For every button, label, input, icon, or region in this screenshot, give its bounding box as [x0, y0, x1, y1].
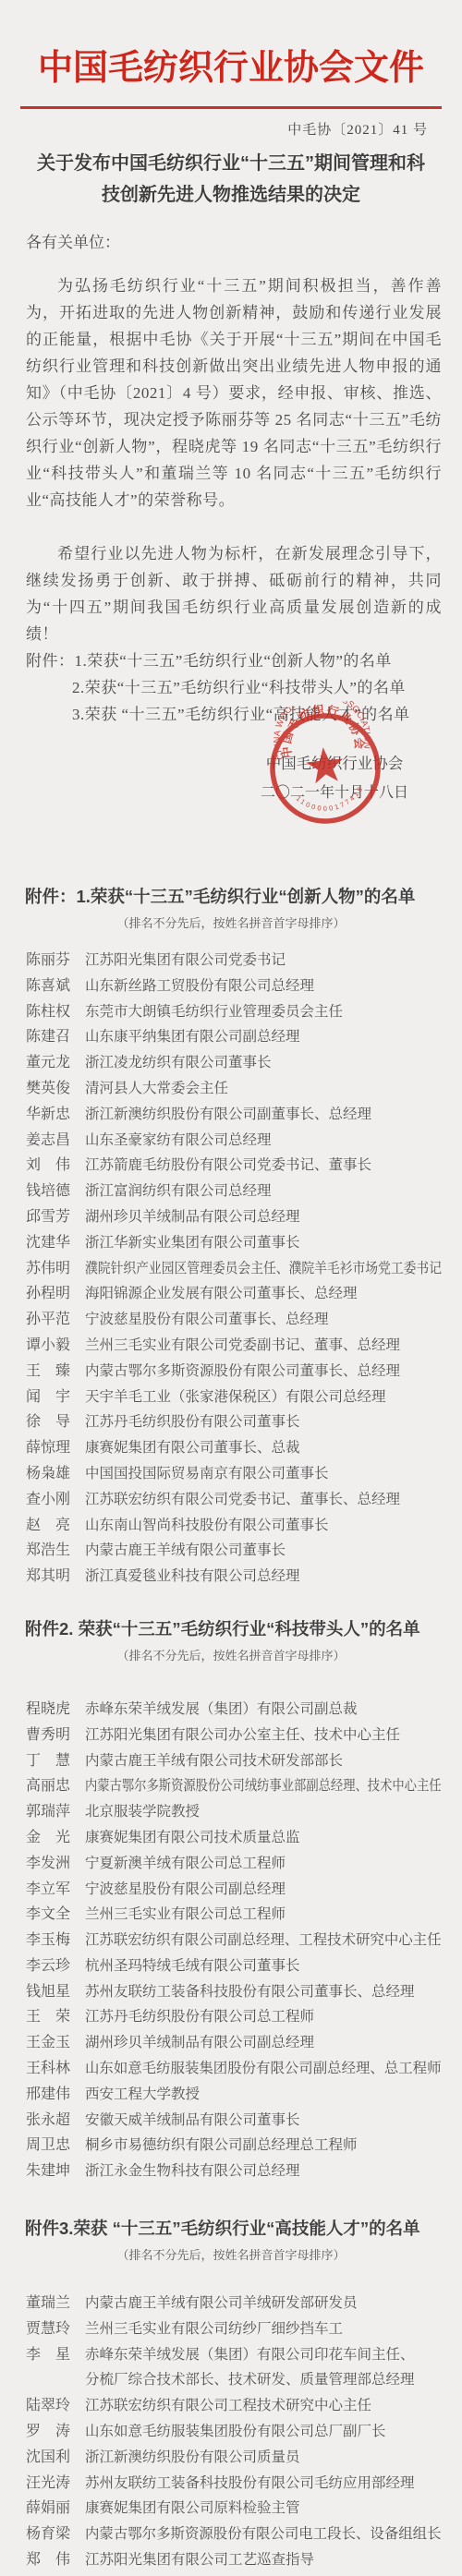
list-item: 陈柱权 东莞市大朗镇毛纺织行业管理委员会主任 [0, 999, 462, 1025]
person-affiliation-block: 内蒙古鄂尔多斯资源股份有限公司董事长、总经理 [85, 1359, 442, 1385]
person-name: 薛惊理 [26, 1435, 70, 1461]
person-name: 郑浩生 [26, 1538, 70, 1564]
list-item: 丁 慧 内蒙古鹿王羊绒有限公司技术研发部部长 [0, 1748, 462, 1774]
person-affiliation-block: 苏州友联纺工装备科技股份有限公司毛纺应用部经理 [85, 2471, 442, 2497]
person-affiliation: 山东新丝路工贸股份有限公司总经理 [85, 974, 442, 999]
person-affiliation-block: 康赛妮集团有限公司技术质量总监 [85, 1825, 442, 1851]
seal-star-icon [305, 745, 346, 784]
person-affiliation: 江苏丹毛纺织股份有限公司董事长 [85, 1409, 442, 1435]
person-affiliation-block: 江苏丹毛纺织股份有限公司总工程师 [85, 2004, 442, 2030]
attachment3-note: （排名不分先后，按姓名拼音首字母排序） [0, 2244, 462, 2267]
attachment1-heading: 附件：1.荣获“十三五”毛纺织行业“创新人物”的名单 [25, 885, 444, 909]
person-affiliation: 山东圣豪家纺有限公司总经理 [85, 1128, 442, 1154]
person-name: 金 光 [26, 1825, 70, 1851]
person-name: 沈建华 [26, 1230, 70, 1256]
list-item: 查小刚 江苏联宏纺织有限公司党委书记、董事长、总经理 [0, 1487, 462, 1513]
list-item: 李玉梅 江苏联宏纺织有限公司副总经理、工程技术研究中心主任 [0, 1928, 462, 1953]
person-affiliation: 苏州友联纺工装备科技股份有限公司毛纺应用部经理 [85, 2471, 442, 2497]
list-item: 陈建召 山东康平纳集团有限公司副总经理 [0, 1024, 462, 1050]
person-affiliation: 江苏阳光集团有限公司工艺巡查指导 [85, 2547, 442, 2573]
person-affiliation-block: 北京服装学院教授 [85, 1799, 442, 1825]
person-affiliation-block: 浙江真爱毯业科技有限公司总经理 [85, 1564, 442, 1590]
person-affiliation: 东莞市大朗镇毛纺织行业管理委员会主任 [85, 999, 442, 1025]
person-affiliation-block: 浙江新澳纺织股份有限公司质量员 [85, 2445, 442, 2471]
person-affiliation: 湖州珍贝羊绒制品有限公司副总经理 [85, 2030, 442, 2056]
list-item: 陈丽芬 江苏阳光集团有限公司党委书记 [0, 948, 462, 974]
list-item: 钱旭星 苏州友联纺工装备科技股份有限公司董事长、总经理 [0, 1979, 462, 2005]
person-name: 陈丽芬 [26, 948, 70, 974]
list-item: 朱建坤 浙江永金生物科技有限公司总经理 [0, 2159, 462, 2184]
person-affiliation-block: 山东如意毛纺服装集团股份有限公司副总经理、总工程师 [85, 2056, 442, 2082]
person-name: 薛娟丽 [26, 2496, 70, 2522]
person-affiliation-block: 浙江永金生物科技有限公司总经理 [85, 2159, 442, 2184]
person-name: 郭瑞萍 [26, 1799, 70, 1825]
person-affiliation: 苏州友联纺工装备科技股份有限公司董事长、总经理 [85, 1979, 442, 2005]
signature-area: 中国毛纺织行业协会 二〇二一年十月十八日 CHINA WOOL TEXTILE … [0, 728, 462, 885]
person-affiliation-block: 江苏阳光集团有限公司工艺巡查指导 [85, 2547, 442, 2573]
list-item: 李立军 宁波慈星股份有限公司副总经理 [0, 1877, 462, 1903]
document-title-line2: 技创新先进人物推选结果的决定 [0, 179, 462, 211]
list-item: 金 光 康赛妮集团有限公司技术质量总监 [0, 1825, 462, 1851]
attachments-intro: 附件：1.荣获“十三五”毛纺织行业“创新人物”的名单 2.荣获“十三五”毛纺织行… [0, 647, 462, 728]
person-name: 陈柱权 [26, 999, 70, 1025]
person-affiliation: 中国国投国际贸易南京有限公司董事长 [85, 1461, 442, 1487]
person-affiliation: 赤峰东荣羊绒发展（集团）有限公司副总裁 [85, 1697, 442, 1723]
list-item: 陆翠玲 江苏联宏纺织有限公司工程技术研究中心主任 [0, 2393, 462, 2419]
person-affiliation: 内蒙古鹿王羊绒有限公司羊绒研发部研发员 [85, 2291, 442, 2316]
list-item: 董元龙 浙江凌龙纺织有限公司董事长 [0, 1050, 462, 1076]
person-affiliation: 内蒙古鹿王羊绒有限公司董事长 [85, 1538, 442, 1564]
person-affiliation-block: 山东康平纳集团有限公司副总经理 [85, 1024, 442, 1050]
list-item: 高丽忠 内蒙古鄂尔多斯资源股份公司绒纺事业部副总经理、技术中心主任 [0, 1773, 462, 1799]
person-affiliation-block: 江苏丹毛纺织股份有限公司董事长 [85, 1409, 442, 1435]
person-affiliation: 江苏箭鹿毛纺股份有限公司党委书记、董事长 [85, 1153, 442, 1179]
person-affiliation: 康赛妮集团有限公司董事长、总裁 [85, 1435, 442, 1461]
list-item: 曹秀明 江苏阳光集团有限公司办公室主任、技术中心主任 [0, 1723, 462, 1748]
list-item: 郑其明 浙江真爱毯业科技有限公司总经理 [0, 1564, 462, 1590]
person-affiliation: 山东如意毛纺服装集团股份有限公司总厂副厂长 [85, 2419, 442, 2445]
person-name: 徐 导 [26, 1409, 70, 1435]
list-item: 贾慧玲 兰州三毛实业有限公司纺纱厂细纱挡车工 [0, 2316, 462, 2342]
person-affiliation: 兰州三毛实业有限公司总工程师 [85, 1902, 442, 1928]
person-name: 贾慧玲 [26, 2316, 70, 2342]
body-paragraph-2: 希望行业以先进人物为标杆，在新发展理念引导下，继续发扬勇于创新、敢于拼搏、砥砺前… [0, 540, 462, 647]
person-name: 李云珍 [26, 1953, 70, 1979]
person-affiliation-block: 浙江华新实业集团有限公司董事长 [85, 1230, 442, 1256]
list-item: 苏伟明 濮院针织产业园区管理委员会主任、濮院羊毛衫市场党工委书记 [0, 1256, 462, 1282]
person-affiliation-block: 海阳锦源企业发展有限公司董事长、总经理 [85, 1281, 442, 1307]
person-name: 谭小毅 [26, 1333, 70, 1359]
person-name: 姜志昌 [26, 1128, 70, 1154]
person-name: 张永超 [26, 2108, 70, 2134]
person-affiliation-block: 东莞市大朗镇毛纺织行业管理委员会主任 [85, 999, 442, 1025]
person-affiliation: 赤峰东荣羊绒发展（集团）有限公司印花车间主任、 [85, 2342, 442, 2368]
person-affiliation: 浙江富润纺织有限公司总经理 [85, 1179, 442, 1204]
person-affiliation: 天宇羊毛工业（张家港保税区）有限公司总经理 [85, 1385, 442, 1410]
document-title: 关于发布中国毛纺织行业“十三五”期间管理和科 技创新先进人物推选结果的决定 [0, 148, 462, 211]
person-affiliation-block: 兰州三毛实业有限公司纺纱厂细纱挡车工 [85, 2316, 442, 2342]
person-affiliation-block: 宁夏新澳羊绒有限公司总工程师 [85, 1851, 442, 1877]
attachments-intro-line: 附件：1.荣获“十三五”毛纺织行业“创新人物”的名单 [26, 647, 442, 674]
person-name: 李立军 [26, 1877, 70, 1903]
person-affiliation-block: 兰州三毛实业有限公司党委副书记、董事、总经理 [85, 1333, 442, 1359]
person-name: 钱培德 [26, 1179, 70, 1204]
person-name: 高丽忠 [26, 1773, 70, 1799]
person-affiliation: 兰州三毛实业有限公司党委副书记、董事、总经理 [85, 1333, 442, 1359]
person-affiliation-block: 天宇羊毛工业（张家港保税区）有限公司总经理 [85, 1385, 442, 1410]
person-affiliation-block: 宁波慈星股份有限公司副总经理 [85, 1877, 442, 1903]
list-item: 樊英俊 清河县人大常委会主任 [0, 1076, 462, 1102]
person-name: 董瑞兰 [26, 2291, 70, 2316]
person-affiliation-cont: 分梳厂综合技术部长、技术研发、质量管理部总经理 [85, 2367, 442, 2393]
person-name: 李玉梅 [26, 1928, 70, 1953]
person-name: 杨枭雄 [26, 1461, 70, 1487]
person-name: 赵 亮 [26, 1513, 70, 1539]
person-affiliation-block: 山东南山智尚科技股份有限公司董事长 [85, 1513, 442, 1539]
person-affiliation: 江苏丹毛纺织股份有限公司总工程师 [85, 2004, 442, 2030]
attachment3-list: 董瑞兰 内蒙古鹿王羊绒有限公司羊绒研发部研发员 贾慧玲 兰州三毛实业有限公司纺纱… [0, 2291, 462, 2573]
person-affiliation: 浙江真爱毯业科技有限公司总经理 [85, 1564, 442, 1590]
person-affiliation: 内蒙古鄂尔多斯资源股份公司绒纺事业部副总经理、技术中心主任 [85, 1773, 391, 1799]
list-item: 谭小毅 兰州三毛实业有限公司党委副书记、董事、总经理 [0, 1333, 462, 1359]
person-affiliation: 内蒙古鹿王羊绒有限公司技术研发部部长 [85, 1748, 442, 1774]
person-name: 苏伟明 [26, 1256, 70, 1282]
person-affiliation: 桐乡市易德纺织有限公司副总经理总工程师 [85, 2133, 442, 2159]
list-item: 郑 伟 江苏阳光集团有限公司工艺巡查指导 [0, 2547, 462, 2573]
person-affiliation-block: 杭州圣玛特绒毛绒有限公司董事长 [85, 1953, 442, 1979]
person-affiliation: 山东康平纳集团有限公司副总经理 [85, 1024, 442, 1050]
person-affiliation: 海阳锦源企业发展有限公司董事长、总经理 [85, 1281, 442, 1307]
person-affiliation: 宁夏新澳羊绒有限公司总工程师 [85, 1851, 442, 1877]
person-affiliation: 江苏联宏纺织有限公司工程技术研究中心主任 [85, 2393, 442, 2419]
person-name: 王 臻 [26, 1359, 70, 1385]
list-item: 薛惊理 康赛妮集团有限公司董事长、总裁 [0, 1435, 462, 1461]
person-affiliation: 内蒙古鄂尔多斯资源股份有限公司电工段长、设备组组长 [85, 2522, 440, 2547]
person-affiliation: 江苏阳光集团有限公司党委书记 [85, 948, 442, 974]
list-item: 李 星 赤峰东荣羊绒发展（集团）有限公司印花车间主任、 分梳厂综合技术部长、技术… [0, 2342, 462, 2394]
person-name: 孙程明 [26, 1281, 70, 1307]
attachment2-list: 程晓虎 赤峰东荣羊绒发展（集团）有限公司副总裁 曹秀明 江苏阳光集团有限公司办公… [0, 1697, 462, 2184]
list-item: 李云珍 杭州圣玛特绒毛绒有限公司董事长 [0, 1953, 462, 1979]
person-affiliation-block: 内蒙古鄂尔多斯资源股份公司绒纺事业部副总经理、技术中心主任 [85, 1773, 442, 1799]
person-affiliation: 濮院针织产业园区管理委员会主任、濮院羊毛衫市场党工委书记 [85, 1256, 402, 1282]
list-item: 李文全 兰州三毛实业有限公司总工程师 [0, 1902, 462, 1928]
list-item: 赵 亮 山东南山智尚科技股份有限公司董事长 [0, 1513, 462, 1539]
person-name: 程晓虎 [26, 1697, 70, 1723]
attachment1-list: 陈丽芬 江苏阳光集团有限公司党委书记 陈喜斌 山东新丝路工贸股份有限公司总经理 … [0, 948, 462, 1590]
person-affiliation: 江苏阳光集团有限公司办公室主任、技术中心主任 [85, 1723, 442, 1748]
person-affiliation: 浙江新澳纺织股份有限公司质量员 [85, 2445, 442, 2471]
person-affiliation: 北京服装学院教授 [85, 1799, 442, 1825]
person-name: 郑其明 [26, 1564, 70, 1590]
list-item: 薛娟丽 康赛妮集团有限公司原料检验主管 [0, 2496, 462, 2522]
attachment2-note: （排名不分先后，按姓名拼音首字母排序） [0, 1645, 462, 1667]
person-name: 王金玉 [26, 2030, 70, 2056]
person-affiliation-block: 浙江富润纺织有限公司总经理 [85, 1179, 442, 1204]
person-affiliation: 西安工程大学教授 [85, 2082, 442, 2108]
person-affiliation-block: 内蒙古鄂尔多斯资源股份有限公司电工段长、设备组组长 [85, 2522, 442, 2547]
person-affiliation: 清河县人大常委会主任 [85, 1076, 442, 1102]
person-affiliation-block: 桐乡市易德纺织有限公司副总经理总工程师 [85, 2133, 442, 2159]
attachment3-heading: 附件3.荣获 “十三五”毛纺织行业“高技能人才”的名单 [25, 2217, 444, 2241]
person-name: 邱雪芳 [26, 1204, 70, 1230]
person-name: 刘 伟 [26, 1153, 70, 1179]
person-affiliation: 浙江新澳纺织股份有限公司副董事长、总经理 [85, 1102, 442, 1128]
person-affiliation-block: 山东新丝路工贸股份有限公司总经理 [85, 974, 442, 999]
person-name: 丁 慧 [26, 1748, 70, 1774]
person-name: 李 星 [26, 2342, 70, 2368]
person-name: 沈国利 [26, 2445, 70, 2471]
person-affiliation: 安徽天威羊绒制品有限公司董事长 [85, 2108, 442, 2134]
person-name: 周卫忠 [26, 2133, 70, 2159]
list-item: 邱雪芳 湖州珍贝羊绒制品有限公司总经理 [0, 1204, 462, 1230]
person-name: 汪光涛 [26, 2471, 70, 2497]
list-item: 郑浩生 内蒙古鹿王羊绒有限公司董事长 [0, 1538, 462, 1564]
person-name: 陈建召 [26, 1024, 70, 1050]
list-item: 罗 涛 山东如意毛纺服装集团股份有限公司总厂副厂长 [0, 2419, 462, 2445]
person-name: 李发洲 [26, 1851, 70, 1877]
person-affiliation-block: 兰州三毛实业有限公司总工程师 [85, 1902, 442, 1928]
official-red-seal: CHINA WOOL TEXTILE ASSOCIATION 中国毛纺织行业协会… [254, 697, 396, 840]
person-name: 华新忠 [26, 1102, 70, 1128]
list-item: 王金玉 湖州珍贝羊绒制品有限公司副总经理 [0, 2030, 462, 2056]
list-item: 杨枭雄 中国国投国际贸易南京有限公司董事长 [0, 1461, 462, 1487]
person-affiliation: 康赛妮集团有限公司原料检验主管 [85, 2496, 442, 2522]
list-item: 李发洲 宁夏新澳羊绒有限公司总工程师 [0, 1851, 462, 1877]
person-name: 王科林 [26, 2056, 70, 2082]
list-item: 王 臻 内蒙古鄂尔多斯资源股份有限公司董事长、总经理 [0, 1359, 462, 1385]
person-affiliation: 浙江凌龙纺织有限公司董事长 [85, 1050, 442, 1076]
person-affiliation-block: 康赛妮集团有限公司原料检验主管 [85, 2496, 442, 2522]
list-item: 陈喜斌 山东新丝路工贸股份有限公司总经理 [0, 974, 462, 999]
list-item: 沈建华 浙江华新实业集团有限公司董事长 [0, 1230, 462, 1256]
person-name: 董元龙 [26, 1050, 70, 1076]
person-affiliation: 江苏联宏纺织有限公司党委书记、董事长、总经理 [85, 1487, 442, 1513]
list-item: 徐 导 江苏丹毛纺织股份有限公司董事长 [0, 1409, 462, 1435]
list-item: 王 荣 江苏丹毛纺织股份有限公司总工程师 [0, 2004, 462, 2030]
list-item: 杨育梁 内蒙古鄂尔多斯资源股份有限公司电工段长、设备组组长 [0, 2522, 462, 2547]
list-item: 闻 宇 天宇羊毛工业（张家港保税区）有限公司总经理 [0, 1385, 462, 1410]
attachment1-note: （排名不分先后，按姓名拼音首字母排序） [0, 913, 462, 935]
person-affiliation: 杭州圣玛特绒毛绒有限公司董事长 [85, 1953, 442, 1979]
person-affiliation-block: 赤峰东荣羊绒发展（集团）有限公司副总裁 [85, 1697, 442, 1723]
document-title-line1: 关于发布中国毛纺织行业“十三五”期间管理和科 [0, 148, 462, 179]
person-affiliation-block: 浙江新澳纺织股份有限公司副董事长、总经理 [85, 1102, 442, 1128]
person-name: 闻 宇 [26, 1385, 70, 1410]
person-affiliation-block: 浙江凌龙纺织有限公司董事长 [85, 1050, 442, 1076]
list-item: 周卫忠 桐乡市易德纺织有限公司副总经理总工程师 [0, 2133, 462, 2159]
person-affiliation-block: 内蒙古鹿王羊绒有限公司董事长 [85, 1538, 442, 1564]
letterhead-red-rule [20, 106, 442, 109]
person-affiliation: 山东如意毛纺服装集团股份有限公司副总经理、总工程师 [85, 2056, 440, 2082]
list-item: 张永超 安徽天威羊绒制品有限公司董事长 [0, 2108, 462, 2134]
official-document-page: 中国毛纺织行业协会文件 中毛协〔2021〕41 号 关于发布中国毛纺织行业“十三… [0, 0, 462, 2576]
person-name: 杨育梁 [26, 2522, 70, 2547]
list-item: 汪光涛 苏州友联纺工装备科技股份有限公司毛纺应用部经理 [0, 2471, 462, 2497]
letterhead-org-title: 中国毛纺织行业协会文件 [0, 0, 462, 89]
person-affiliation-block: 濮院针织产业园区管理委员会主任、濮院羊毛衫市场党工委书记 [85, 1256, 442, 1282]
list-item: 孙程明 海阳锦源企业发展有限公司董事长、总经理 [0, 1281, 462, 1307]
person-affiliation-block: 江苏阳光集团有限公司党委书记 [85, 948, 442, 974]
person-affiliation-block: 西安工程大学教授 [85, 2082, 442, 2108]
person-affiliation-block: 江苏箭鹿毛纺股份有限公司党委书记、董事长 [85, 1153, 442, 1179]
person-affiliation-block: 安徽天威羊绒制品有限公司董事长 [85, 2108, 442, 2134]
person-affiliation: 内蒙古鄂尔多斯资源股份有限公司董事长、总经理 [85, 1359, 442, 1385]
salutation: 各有关单位： [0, 230, 462, 256]
person-affiliation: 浙江永金生物科技有限公司总经理 [85, 2159, 442, 2184]
person-affiliation-block: 湖州珍贝羊绒制品有限公司副总经理 [85, 2030, 442, 2056]
person-affiliation: 康赛妮集团有限公司技术质量总监 [85, 1825, 442, 1851]
person-affiliation: 宁波慈星股份有限公司副总经理 [85, 1877, 442, 1903]
person-affiliation: 浙江华新实业集团有限公司董事长 [85, 1230, 442, 1256]
person-affiliation: 山东南山智尚科技股份有限公司董事长 [85, 1513, 442, 1539]
person-affiliation-block: 湖州珍贝羊绒制品有限公司总经理 [85, 1204, 442, 1230]
person-name: 邢建伟 [26, 2082, 70, 2108]
person-affiliation-block: 山东如意毛纺服装集团股份有限公司总厂副厂长 [85, 2419, 442, 2445]
person-name: 李文全 [26, 1902, 70, 1928]
person-name: 王 荣 [26, 2004, 70, 2030]
attachment2-heading: 附件2. 荣获“十三五”毛纺织行业“科技带头人”的名单 [25, 1617, 444, 1641]
person-affiliation: 湖州珍贝羊绒制品有限公司总经理 [85, 1204, 442, 1230]
list-item: 王科林 山东如意毛纺服装集团股份有限公司副总经理、总工程师 [0, 2056, 462, 2082]
person-name: 樊英俊 [26, 1076, 70, 1102]
person-affiliation-block: 苏州友联纺工装备科技股份有限公司董事长、总经理 [85, 1979, 442, 2005]
person-affiliation: 宁波慈星股份有限公司董事长、总经理 [85, 1307, 442, 1333]
person-affiliation-block: 中国国投国际贸易南京有限公司董事长 [85, 1461, 442, 1487]
person-name: 曹秀明 [26, 1723, 70, 1748]
list-item: 程晓虎 赤峰东荣羊绒发展（集团）有限公司副总裁 [0, 1697, 462, 1723]
person-affiliation: 兰州三毛实业有限公司纺纱厂细纱挡车工 [85, 2316, 442, 2342]
document-number: 中毛协〔2021〕41 号 [0, 121, 462, 139]
list-item: 刘 伟 江苏箭鹿毛纺股份有限公司党委书记、董事长 [0, 1153, 462, 1179]
list-item: 董瑞兰 内蒙古鹿王羊绒有限公司羊绒研发部研发员 [0, 2291, 462, 2316]
person-name: 陈喜斌 [26, 974, 70, 999]
person-name: 陆翠玲 [26, 2393, 70, 2419]
person-affiliation-block: 江苏联宏纺织有限公司副总经理、工程技术研究中心主任 [85, 1928, 442, 1953]
person-affiliation-block: 宁波慈星股份有限公司董事长、总经理 [85, 1307, 442, 1333]
list-item: 郭瑞萍 北京服装学院教授 [0, 1799, 462, 1825]
list-item: 钱培德 浙江富润纺织有限公司总经理 [0, 1179, 462, 1204]
person-name: 郑 伟 [26, 2547, 70, 2573]
person-affiliation: 江苏联宏纺织有限公司副总经理、工程技术研究中心主任 [85, 1928, 440, 1953]
person-name: 查小刚 [26, 1487, 70, 1513]
body-paragraph-1: 为弘扬毛纺织行业“十三五”期间积极担当，善作善为，开拓进取的先进人物创新精神，鼓… [0, 272, 462, 514]
list-item: 沈国利 浙江新澳纺织股份有限公司质量员 [0, 2445, 462, 2471]
list-item: 姜志昌 山东圣豪家纺有限公司总经理 [0, 1128, 462, 1154]
person-affiliation-block: 山东圣豪家纺有限公司总经理 [85, 1128, 442, 1154]
person-affiliation-block: 江苏阳光集团有限公司办公室主任、技术中心主任 [85, 1723, 442, 1748]
person-affiliation-block: 赤峰东荣羊绒发展（集团）有限公司印花车间主任、 分梳厂综合技术部长、技术研发、质… [85, 2342, 442, 2394]
list-item: 孙平范 宁波慈星股份有限公司董事长、总经理 [0, 1307, 462, 1333]
person-affiliation-block: 内蒙古鹿王羊绒有限公司羊绒研发部研发员 [85, 2291, 442, 2316]
list-item: 邢建伟 西安工程大学教授 [0, 2082, 462, 2108]
person-affiliation-block: 江苏联宏纺织有限公司工程技术研究中心主任 [85, 2393, 442, 2419]
list-item: 华新忠 浙江新澳纺织股份有限公司副董事长、总经理 [0, 1102, 462, 1128]
person-affiliation-block: 内蒙古鹿王羊绒有限公司技术研发部部长 [85, 1748, 442, 1774]
person-name: 朱建坤 [26, 2159, 70, 2184]
person-affiliation-block: 清河县人大常委会主任 [85, 1076, 442, 1102]
person-affiliation-block: 江苏联宏纺织有限公司党委书记、董事长、总经理 [85, 1487, 442, 1513]
person-name: 罗 涛 [26, 2419, 70, 2445]
person-affiliation-block: 康赛妮集团有限公司董事长、总裁 [85, 1435, 442, 1461]
person-name: 孙平范 [26, 1307, 70, 1333]
person-name: 钱旭星 [26, 1979, 70, 2005]
